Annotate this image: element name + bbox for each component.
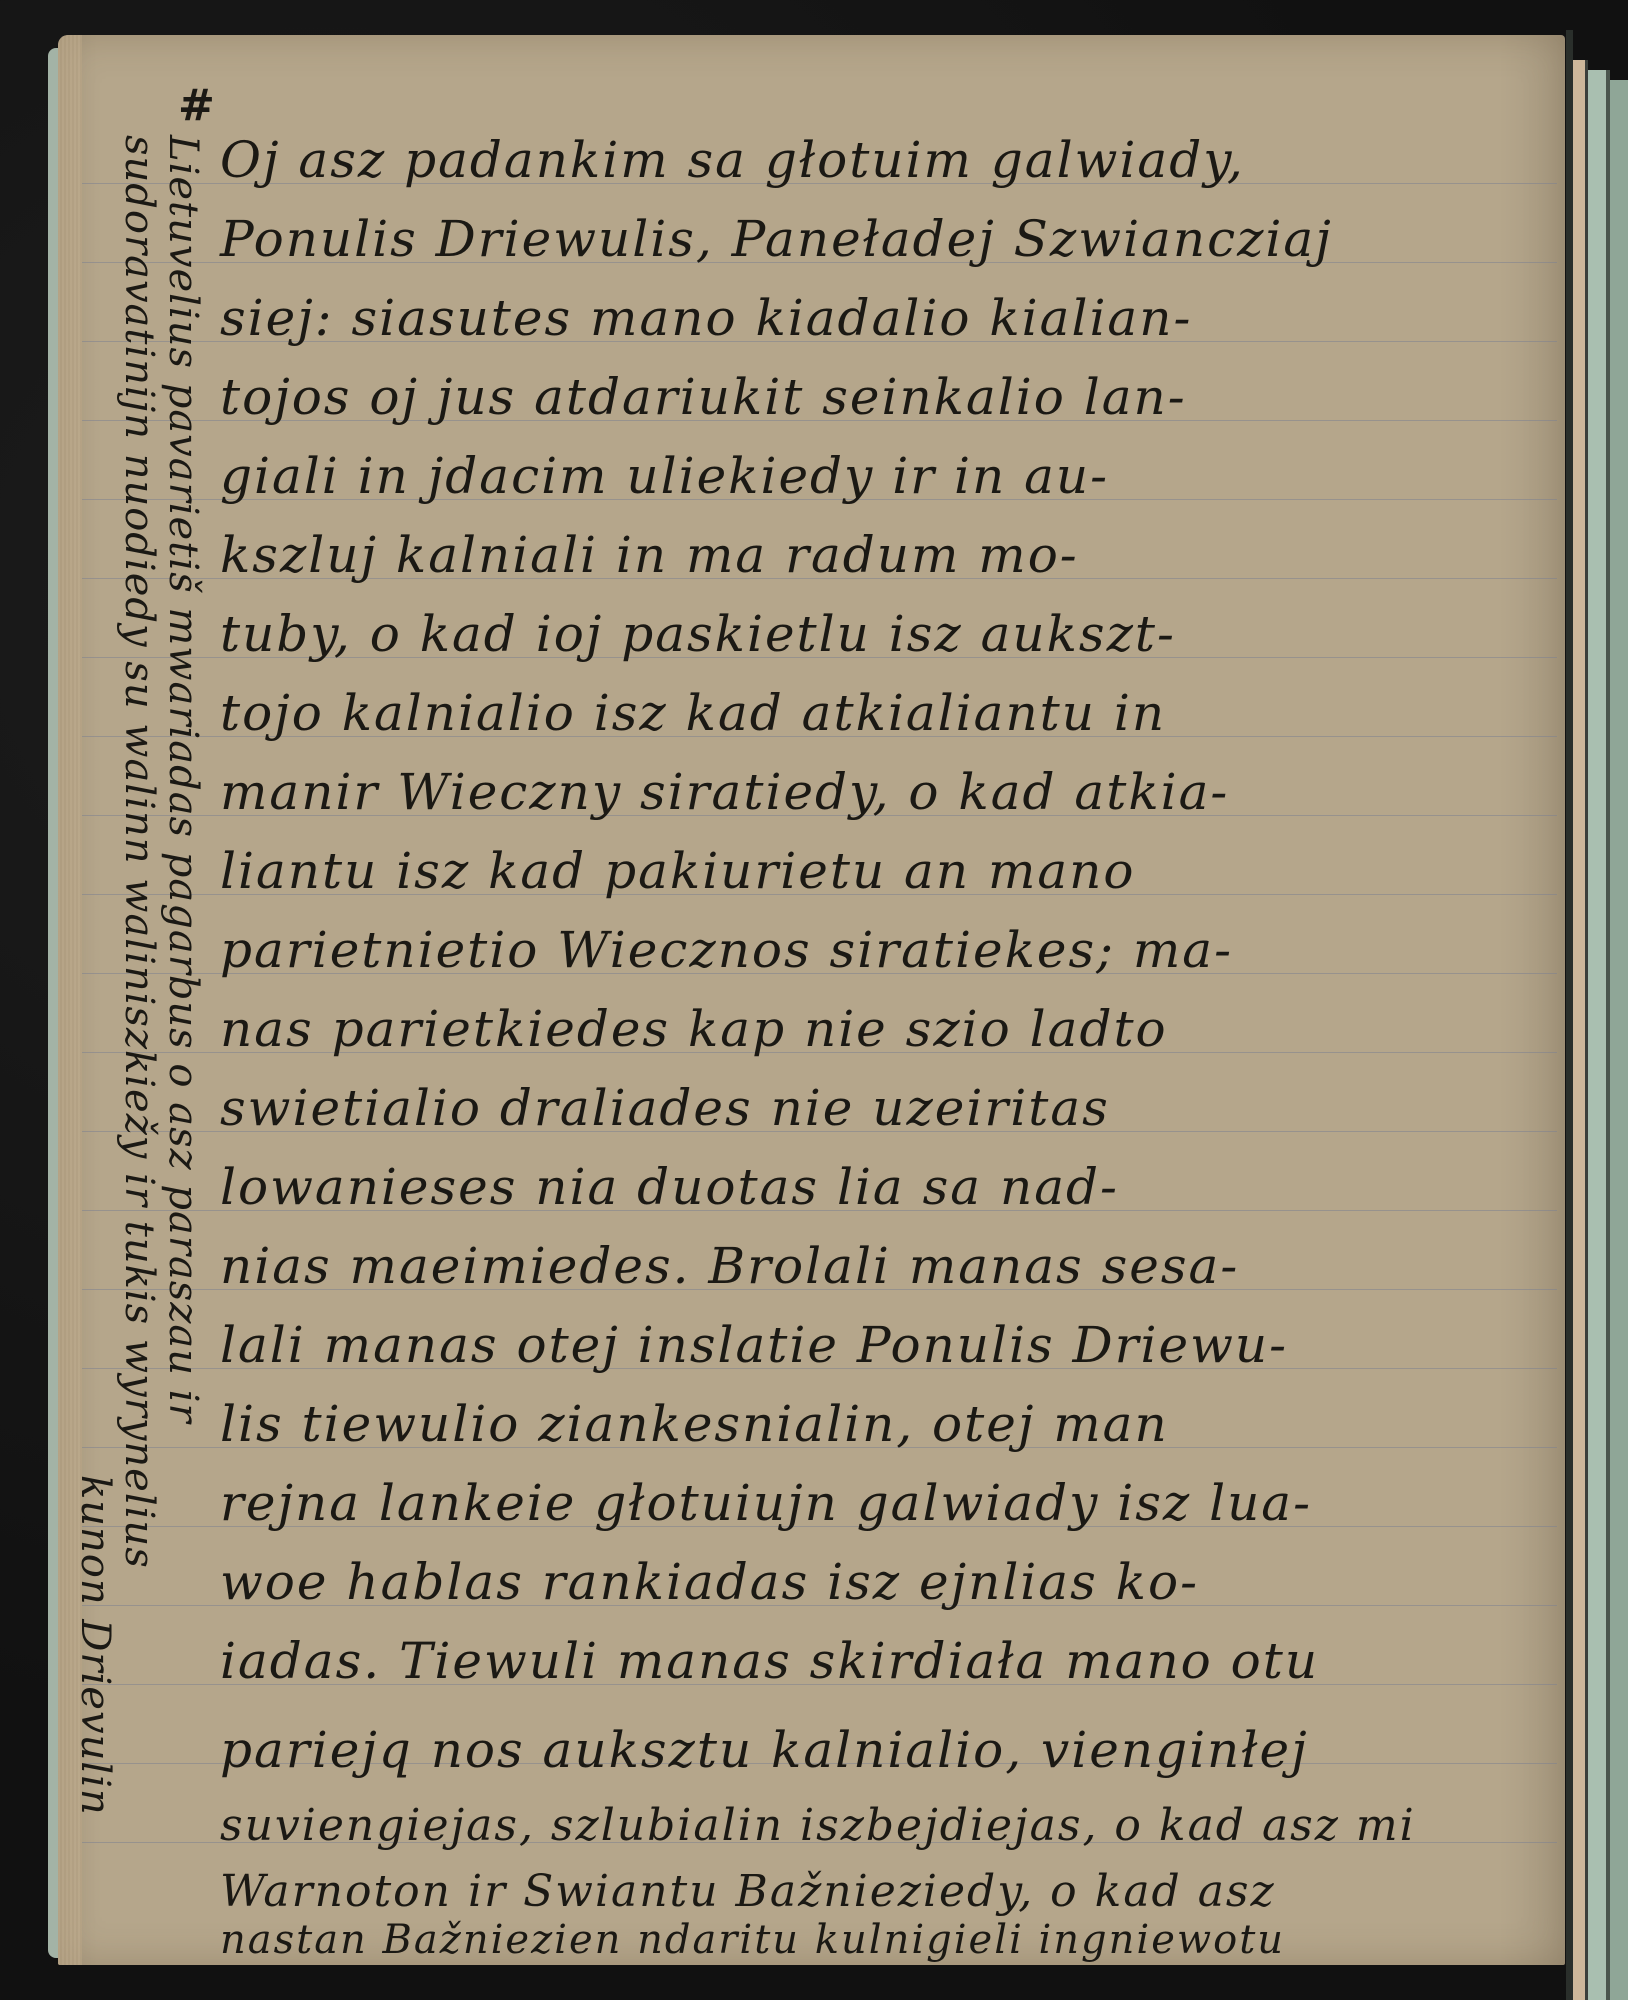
text-line: siej: siasutes mano kiadalio kialian- — [220, 293, 1192, 343]
text-line: nas parietkiedes kap nie szio ladto — [220, 1004, 1168, 1054]
text-line: woe hablas rankiadas isz ejnlias ko- — [220, 1557, 1199, 1607]
margin-hash-mark: # — [178, 80, 215, 131]
text-line: lowanieses nia duotas lia sa nad- — [220, 1162, 1119, 1212]
text-line: Ponulis Driewulis, Paneładej Szwiancziaj — [220, 214, 1333, 264]
notebook-page-edge — [1573, 60, 1585, 2000]
text-line: tojo kalnialio isz kad atkialiantu in — [220, 688, 1166, 738]
text-line: tuby, o kad ioj paskietlu isz aukszt- — [220, 609, 1176, 659]
text-line: nastan Bažniezien ndaritu kulnigieli ing… — [220, 1920, 1285, 1960]
notebook-page: # Lietuvelius pavarietiš mwariadas pagar… — [58, 35, 1565, 1965]
margin-note: kunon Drievulin — [72, 1475, 118, 1816]
text-line: swietialio draliades nie uzeiritas — [220, 1083, 1110, 1133]
notebook-cover-green — [1610, 80, 1628, 2000]
text-line: iadas. Tiewuli manas skirdiała mano otu — [220, 1636, 1319, 1686]
text-line: kszluj kalniali in ma radum mo- — [220, 530, 1079, 580]
margin-note: sudoravatinijn nuodiedy su walinn walini… — [116, 135, 162, 1569]
notebook-cover-edge — [1566, 30, 1573, 2000]
text-line: pariejq nos auksztu kalnialio, vienginłe… — [220, 1725, 1309, 1775]
text-line: parietnietio Wiecznos siratiekes; ma- — [220, 925, 1233, 975]
text-line: Oj asz padankim sa głotuim galwiady, — [220, 135, 1245, 185]
text-line: lali manas otej inslatie Ponulis Driewu- — [220, 1320, 1288, 1370]
text-line: rejna lankeie głotuiujn galwiady isz lua… — [220, 1478, 1312, 1528]
notebook-cover-green — [1588, 70, 1606, 2000]
text-line: suviengiejas, szlubialin iszbejdiejas, o… — [220, 1804, 1416, 1848]
text-line: manir Wieczny siratiedy, o kad atkia- — [220, 767, 1229, 817]
text-line: tojos oj jus atdariukit seinkalio lan- — [220, 372, 1187, 422]
text-line: Warnoton ir Swiantu Bažnieziedy, o kad a… — [220, 1870, 1276, 1914]
text-line: giali in jdacim uliekiedy ir in au- — [220, 451, 1109, 501]
text-line: nias maeimiedes. Brolali manas sesa- — [220, 1241, 1239, 1291]
text-line: lis tiewulio ziankesnialin, otej man — [220, 1399, 1169, 1449]
text-line: liantu isz kad pakiurietu an mano — [220, 846, 1136, 896]
margin-note: Lietuvelius pavarietiš mwariadas pagarbu… — [160, 135, 206, 1424]
